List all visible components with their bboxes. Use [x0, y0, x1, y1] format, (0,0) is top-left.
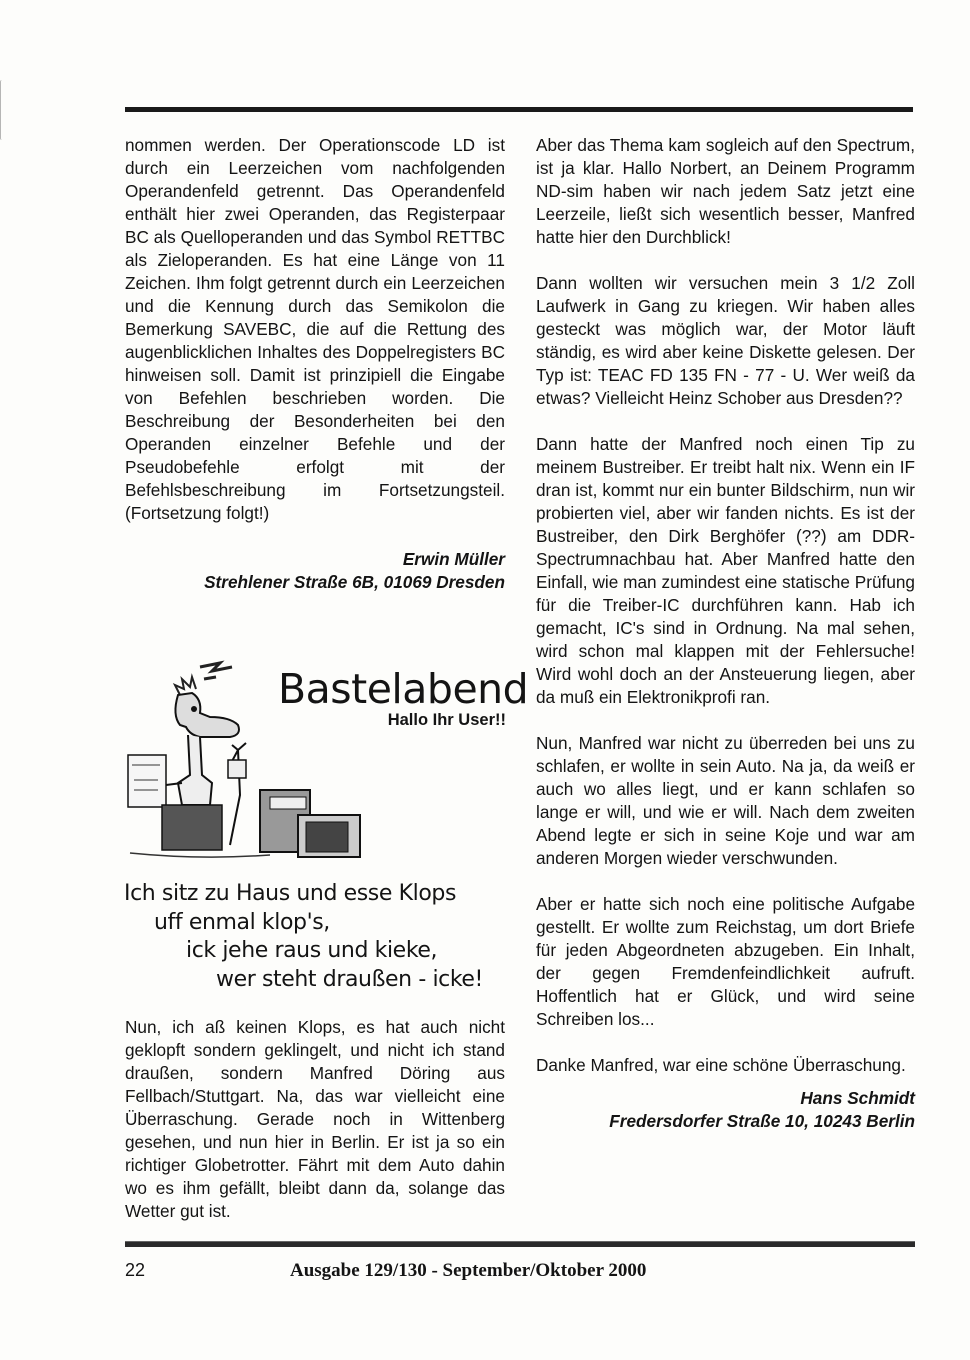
page-footer: 22 Ausgabe 129/130 - September/Oktober 2… — [125, 1260, 915, 1286]
paragraph: Dann wollten wir versuchen mein 3 1/2 Zo… — [536, 272, 915, 410]
poem: Ich sitz zu Haus und esse Klops uff enma… — [124, 880, 509, 994]
article-title: Bastelabend — [278, 665, 506, 713]
poem-line: wer steht draußen - icke! — [124, 966, 509, 995]
paragraph: Nun, Manfred war nicht zu überreden bei … — [536, 732, 915, 870]
poem-line: uff enmal klop's, — [124, 909, 509, 938]
page-number: 22 — [125, 1260, 145, 1281]
poem-line: ick jehe raus und kieke, — [124, 937, 509, 966]
paragraph: Danke Manfred, war eine schöne Überrasch… — [536, 1054, 915, 1077]
article-body-left: Nun, ich aß keinen Klops, es hat auch ni… — [125, 1016, 505, 1223]
scan-edge-artifact — [0, 80, 4, 140]
article-greeting: Hallo Ihr User!! — [360, 711, 506, 730]
header-rule — [125, 107, 913, 112]
left-column-article-continuation: nommen werden. Der Operationscode LD ist… — [125, 134, 505, 594]
author-address: Strehlener Straße 6B, 01069 Dresden — [125, 571, 505, 594]
paragraph: Nun, ich aß keinen Klops, es hat auch ni… — [125, 1016, 505, 1223]
signature-block: Erwin Müller Strehlener Straße 6B, 01069… — [125, 548, 505, 594]
paragraph: Aber er hatte sich noch eine politische … — [536, 893, 915, 1031]
author-name: Erwin Müller — [125, 548, 505, 571]
footer-rule — [125, 1241, 915, 1247]
paragraph: Dann hatte der Manfred noch einen Tip zu… — [536, 433, 915, 709]
paragraph: Aber das Thema kam sogleich auf den Spec… — [536, 134, 915, 249]
issue-info: Ausgabe 129/130 - September/Oktober 2000 — [290, 1260, 646, 1282]
author-address: Fredersdorfer Straße 10, 10243 Berlin — [536, 1110, 915, 1133]
article-body-right: Aber das Thema kam sogleich auf den Spec… — [536, 134, 915, 1133]
paragraph: nommen werden. Der Operationscode LD ist… — [125, 134, 505, 525]
poem-line: Ich sitz zu Haus und esse Klops — [124, 880, 509, 909]
author-name: Hans Schmidt — [536, 1087, 915, 1110]
signature-block: Hans Schmidt Fredersdorfer Straße 10, 10… — [536, 1087, 915, 1133]
